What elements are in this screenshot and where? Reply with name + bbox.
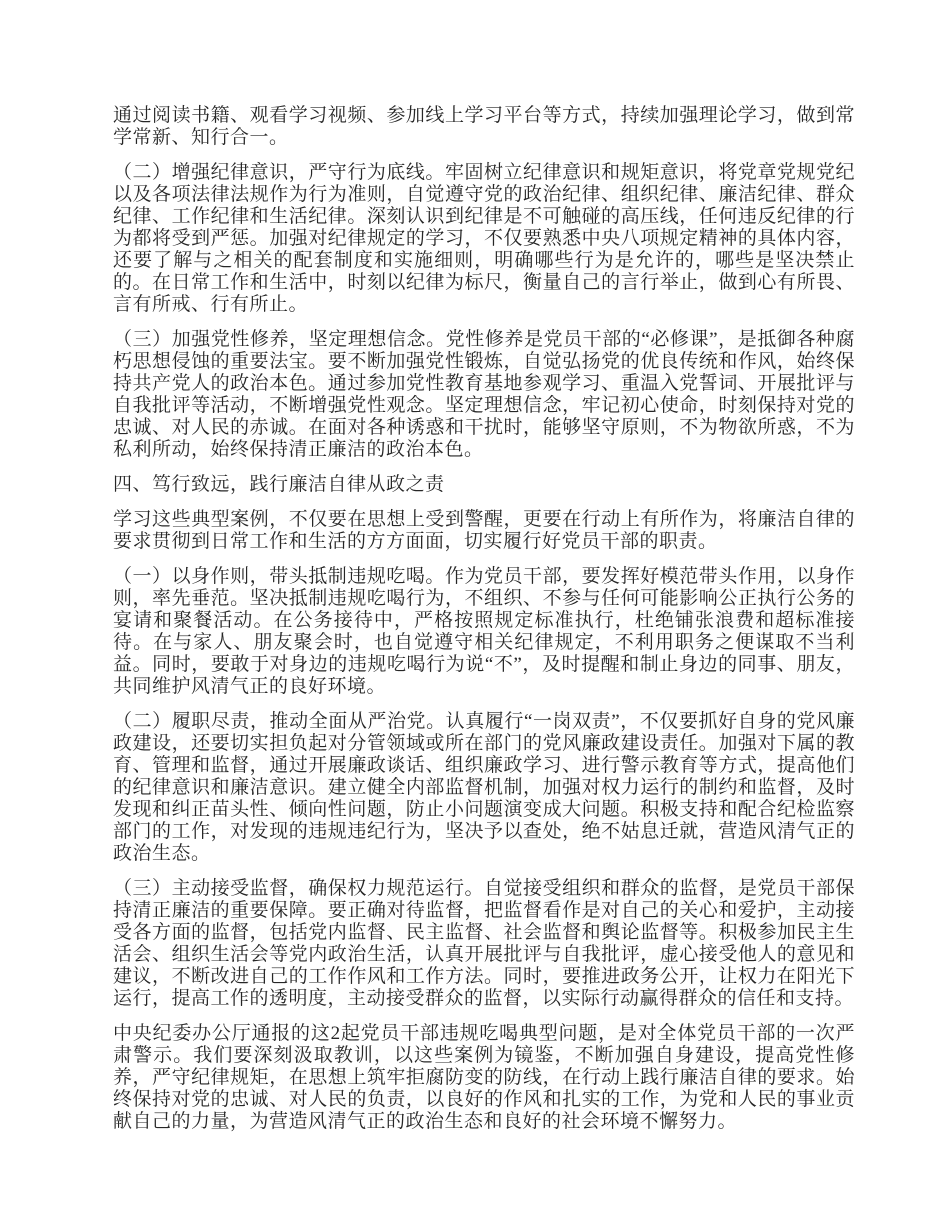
paragraph-case-study-intro: 学习这些典型案例，不仅要在思想上受到警醒，更要在行动上有所作为，将廉洁自律的要求…: [113, 509, 855, 553]
paragraph-accept-supervision: （三）主动接受监督，确保权力规范运行。自觉接受组织和群众的监督，是党员干部保持清…: [113, 878, 855, 1010]
paragraph-discipline-awareness: （二）增强纪律意识，严守行为底线。牢固树立纪律意识和规矩意识，将党章党规党纪以及…: [113, 162, 855, 316]
paragraph-lead-by-example: （一）以身作则，带头抵制违规吃喝。作为党员干部，要发挥好模范带头作用，以身作则，…: [113, 566, 855, 698]
document-page: 通过阅读书籍、观看学习视频、参加线上学习平台等方式，持续加强理论学习，做到常学常…: [0, 0, 950, 1230]
paragraph-fulfill-duties: （二）履职尽责，推动全面从严治党。认真履行“一岗双责”，不仅要抓好自身的党风廉政…: [113, 711, 855, 865]
paragraph-party-spirit: （三）加强党性修养，坚定理想信念。党性修养是党员干部的“必修课”，是抵御各种腐朽…: [113, 329, 855, 461]
section-heading-four: 四、笃行致远，践行廉洁自律从政之责: [113, 474, 855, 496]
paragraph-theory-study: 通过阅读书籍、观看学习视频、参加线上学习平台等方式，持续加强理论学习，做到常学常…: [113, 105, 855, 149]
paragraph-conclusion: 中央纪委办公厅通报的这2起党员干部违规吃喝典型问题，是对全体党员干部的一次严肃警…: [113, 1023, 855, 1133]
